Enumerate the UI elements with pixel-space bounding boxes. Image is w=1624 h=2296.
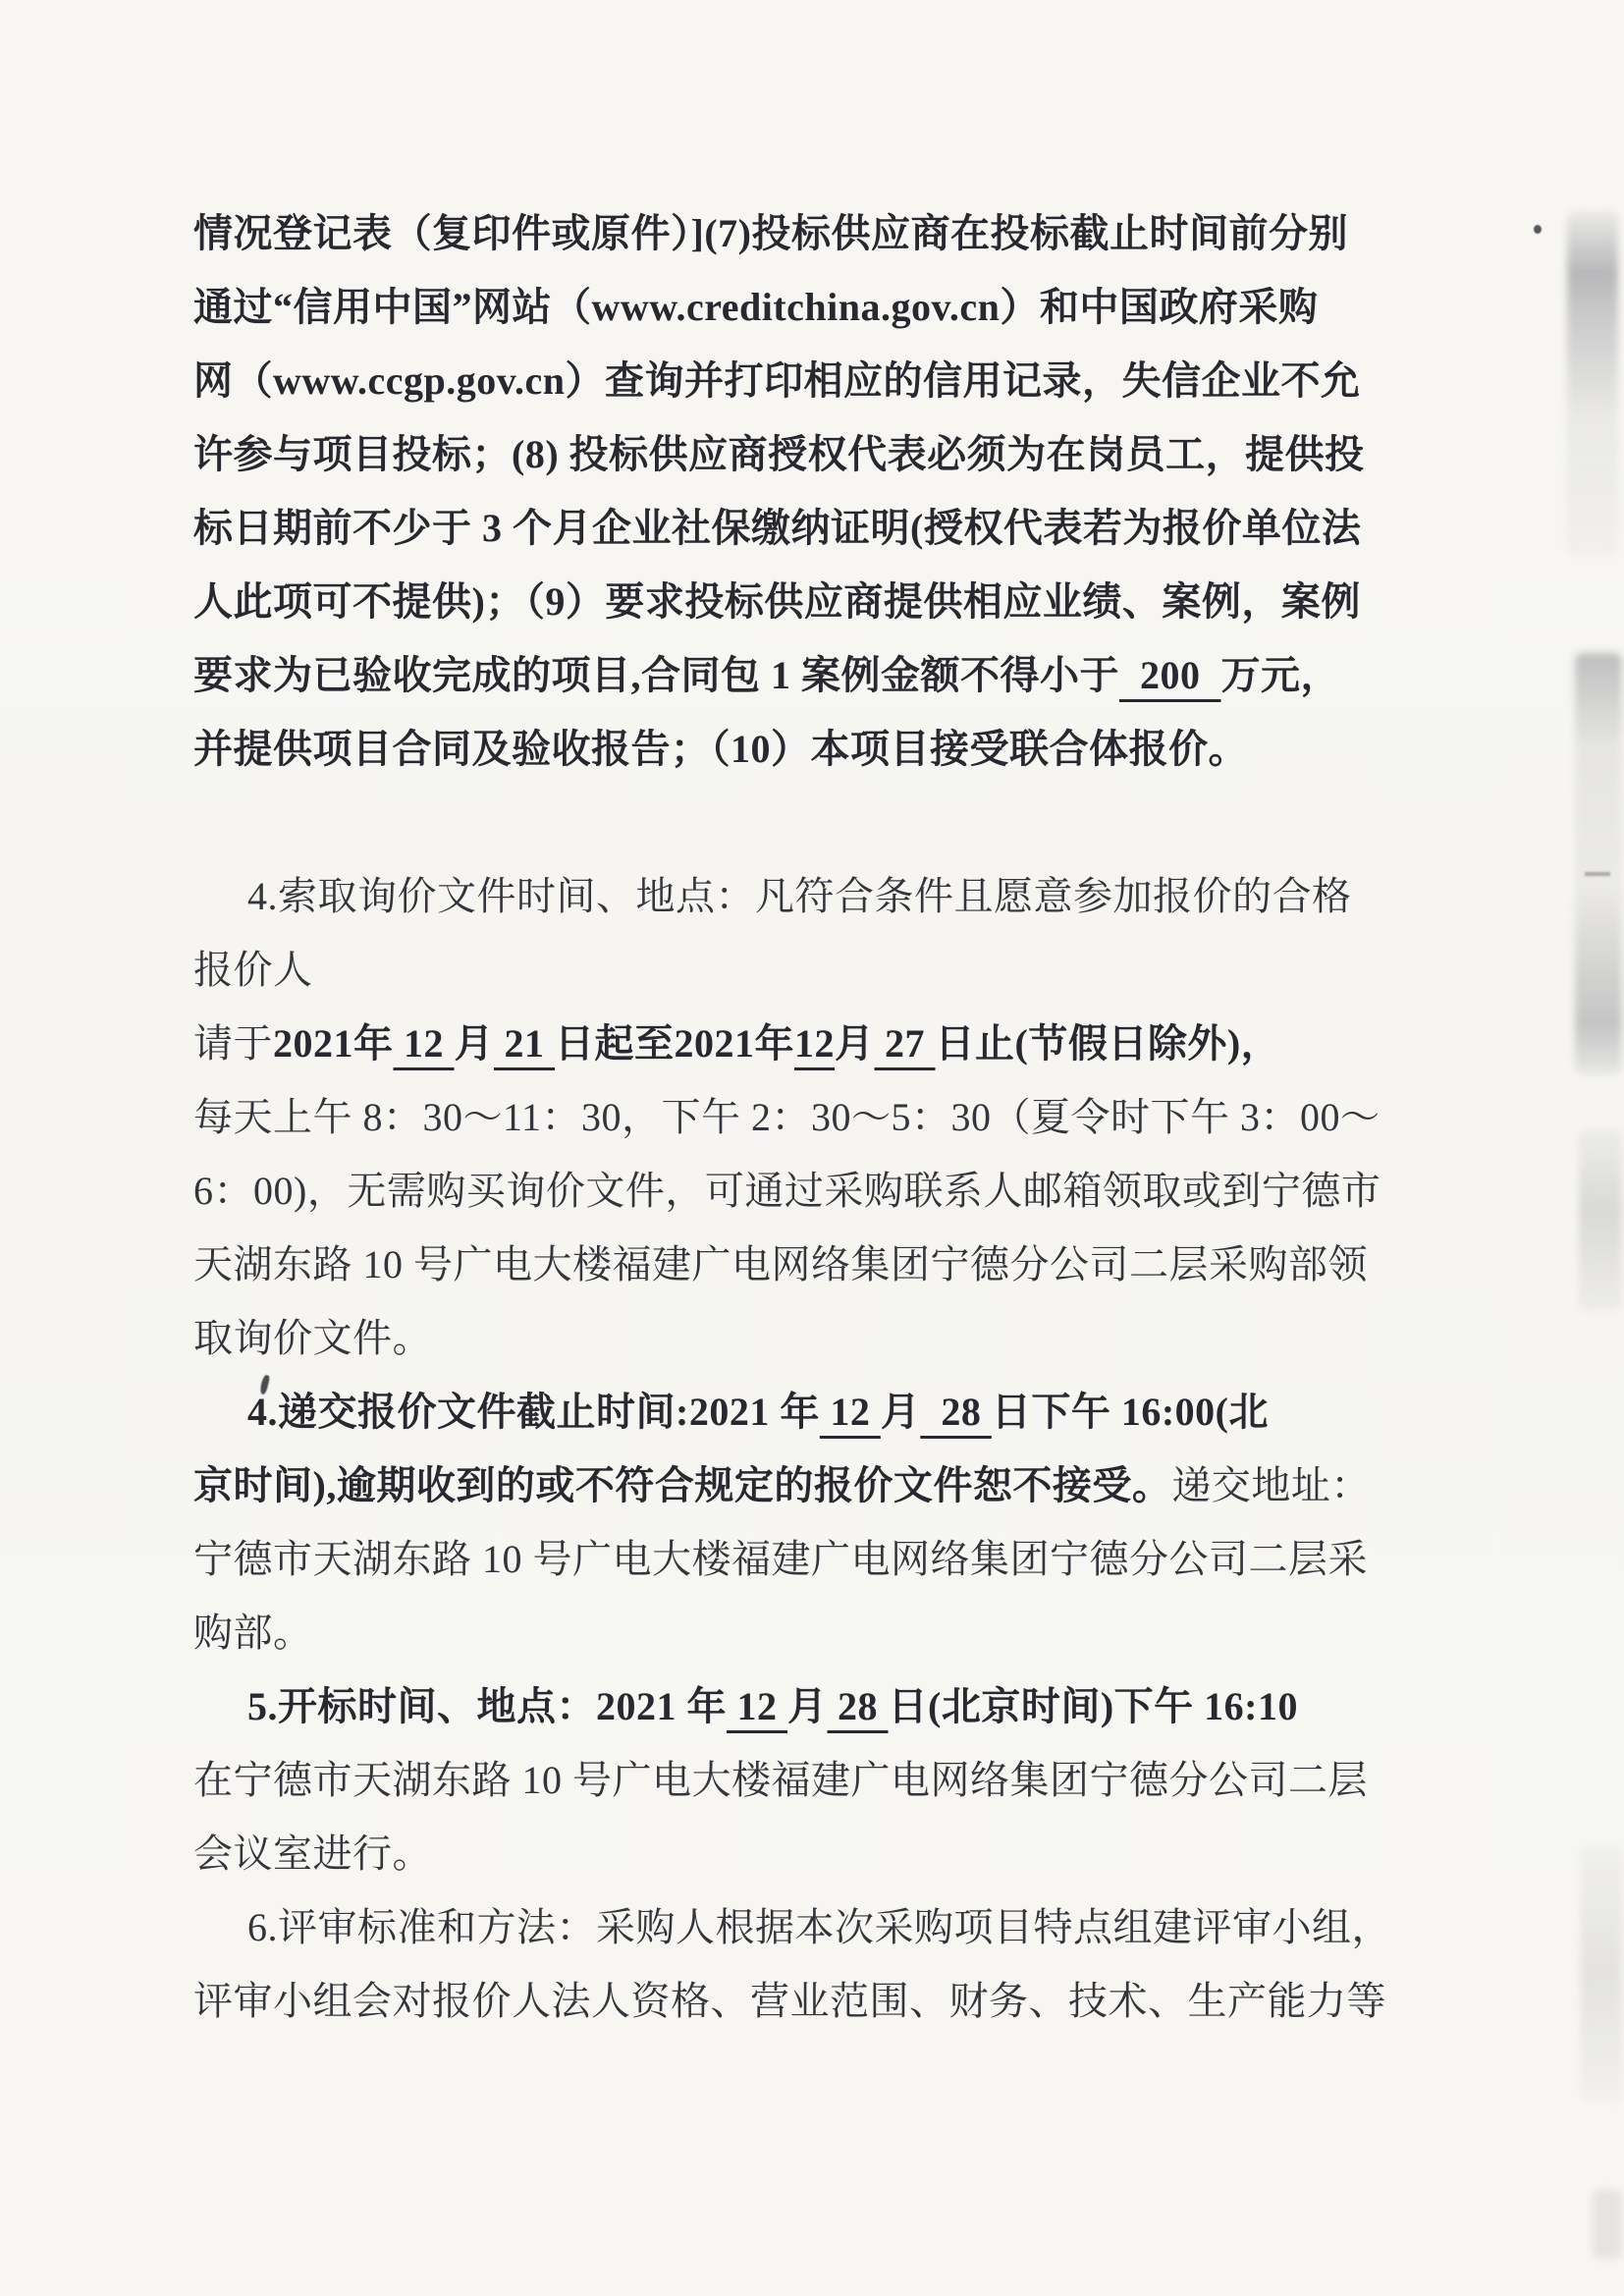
text-segment: 6：00)，无需购买询价文件，可通过采购联系人邮箱领取或到宁德市 [193,1169,1380,1213]
underlined-value: 28 [920,1390,992,1434]
text-line: 购部。 [193,1596,1386,1669]
text-segment: 许参与项目投标；(8) 投标供应商授权代表必须为在岗员工，提供投 [193,432,1365,476]
text-line: 6：00)，无需购买询价文件，可通过采购联系人邮箱领取或到宁德市 [193,1154,1386,1228]
text-line: 标日期前不少于 3 个月企业社保缴纳证明(授权代表若为报价单位法 [193,491,1386,565]
text-segment: 每天上午 8：30～11：30，下午 2：30～5：30（夏令时下午 3：00～ [193,1095,1380,1139]
text-line: 每天上午 8：30～11：30，下午 2：30～5：30（夏令时下午 3：00～ [193,1080,1386,1154]
text-segment: 评审小组会对报价人法人资格、营业范围、财务、技术、生产能力等 [193,1979,1386,2023]
text-line: 评审小组会对报价人法人资格、营业范围、财务、技术、生产能力等 [193,1964,1386,2038]
text-segment: 天湖东路 10 号广电大楼福建广电网络集团宁德分公司二层采购部领 [193,1242,1368,1286]
text-segment: 月 [455,1021,495,1066]
text-segment: 网（www.ccgp.gov.cn）查询并打印相应的信用记录，失信企业不允 [193,358,1361,403]
underlined-value: 12 [727,1684,787,1728]
text-line: 4.索取询价文件时间、地点：凡符合条件且愿意参加报价的合格 [193,859,1386,933]
text-line: 天湖东路 10 号广电大楼福建广电网络集团宁德分公司二层采购部领 [193,1228,1386,1301]
text-segment: 报价人 [193,948,313,992]
scanned-document-page: { "page": { "background": "#f7f6f2", "te… [0,0,1624,2296]
scan-speck-dot [1534,225,1542,234]
underlined-value: 12 [820,1390,881,1434]
text-line: 并提供项目合同及验收报告；（10）本项目接受联合体报价。 [193,712,1386,786]
text-line: 6.评审标准和方法：采购人根据本次采购项目特点组建评审小组， [193,1890,1386,1964]
text-segment: 宁德市天湖东路 10 号广电大楼福建广电网络集团宁德分公司二层采 [193,1537,1368,1581]
text-segment: 万元， [1221,653,1341,697]
scan-smudge-right-center [1579,1129,1622,1311]
text-segment: 递交地址： [1171,1463,1371,1507]
text-segment: 购部。 [193,1611,313,1655]
text-segment: 人此项可不提供)；（9）要求投标供应商提供相应业绩、案例，案例 [193,579,1361,624]
text-block: 情况登记表（复印件或原件）](7)投标供应商在投标截止时间前分别通过“信用中国”… [193,196,1386,2038]
text-line: 通过“信用中国”网站（www.creditchina.gov.cn）和中国政府采… [193,270,1386,344]
text-segment: 并提供项目合同及验收报告；（10）本项目接受联合体报价。 [193,727,1248,771]
underlined-value: 12 [394,1021,455,1066]
text-line: 情况登记表（复印件或原件）](7)投标供应商在投标截止时间前分别 [193,196,1386,270]
text-segment: 4.递交报价文件截止时间:2021 年 [247,1390,820,1434]
text-line: 请于2021年 12 月 21 日起至2021年12月 27 日止(节假日除外)… [193,1007,1386,1080]
text-line: 宁德市天湖东路 10 号广电大楼福建广电网络集团宁德分公司二层采 [193,1522,1386,1596]
text-segment: 会议室进行。 [193,1831,432,1876]
text-line: 报价人 [193,933,1386,1007]
text-segment: 月 [787,1684,828,1728]
scan-smudge-right-bottom [1593,2190,1622,2259]
text-segment: 逾期收到的或不符合规定的报价文件恕不接受。 [337,1463,1172,1507]
text-line: 京时间),逾期收到的或不符合规定的报价文件恕不接受。递交地址： [193,1449,1386,1522]
underlined-value: 21 [494,1021,555,1066]
scan-smudge-right-middle [1575,653,1622,1075]
text-segment: 情况登记表（复印件或原件）](7)投标供应商在投标截止时间前分别 [193,211,1348,255]
text-segment: 日下午 16:00(北 [992,1390,1269,1434]
text-segment: 要求为已验收完成的项目,合同包 1 案例金额不得小于 [193,653,1119,697]
text-segment: 6.评审标准和方法：采购人根据本次采购项目特点组建评审小组， [247,1905,1391,1949]
scan-dash-mark [1585,872,1610,876]
text-segment: 5.开标时间、地点：2021 年 [247,1684,727,1728]
text-line: 4.递交报价文件截止时间:2021 年 12 月 28 日下午 16:00(北 [193,1375,1386,1449]
text-line: 许参与项目投标；(8) 投标供应商授权代表必须为在岗员工，提供投 [193,417,1386,491]
text-line: 取询价文件。 [193,1301,1386,1375]
text-segment: 2021年 [273,1021,394,1066]
text-segment: 京时间), [193,1463,337,1507]
text-segment: 标日期前不少于 3 个月企业社保缴纳证明(授权代表若为报价单位法 [193,506,1361,550]
text-segment: 日起至2021年 [555,1021,794,1066]
scan-smudge-right-top [1567,211,1618,555]
text-segment: 在宁德市天湖东路 10 号广电大楼福建广电网络集团宁德分公司二层 [193,1758,1368,1802]
text-segment: 取询价文件。 [193,1316,432,1360]
text-segment: 日(北京时间)下午 16:10 [889,1684,1298,1728]
text-segment: 通过“信用中国”网站（www.creditchina.gov.cn）和中国政府采… [193,285,1318,329]
text-line: 要求为已验收完成的项目,合同包 1 案例金额不得小于 200 万元， [193,638,1386,712]
text-segment: 月 [835,1021,875,1066]
scan-smudge-right-lower [1581,1846,1622,2102]
text-segment: 请于 [193,1021,273,1066]
underlined-value: 200 [1119,653,1221,697]
text-line: 人此项可不提供)；（9）要求投标供应商提供相应业绩、案例，案例 [193,565,1386,638]
text-line: 网（www.ccgp.gov.cn）查询并打印相应的信用记录，失信企业不允 [193,344,1386,417]
blank-line [193,786,1386,859]
text-line: 会议室进行。 [193,1817,1386,1890]
text-segment: 月 [881,1390,921,1434]
text-segment: 4.索取询价文件时间、地点：凡符合条件且愿意参加报价的合格 [247,874,1352,918]
underlined-value: 28 [828,1684,889,1728]
text-line: 5.开标时间、地点：2021 年 12 月 28 日(北京时间)下午 16:10 [193,1669,1386,1743]
text-line: 在宁德市天湖东路 10 号广电大楼福建广电网络集团宁德分公司二层 [193,1743,1386,1817]
underlined-value: 27 [875,1021,936,1066]
underlined-value: 12 [794,1021,835,1066]
text-segment: 日止(节假日除外)， [936,1021,1281,1066]
